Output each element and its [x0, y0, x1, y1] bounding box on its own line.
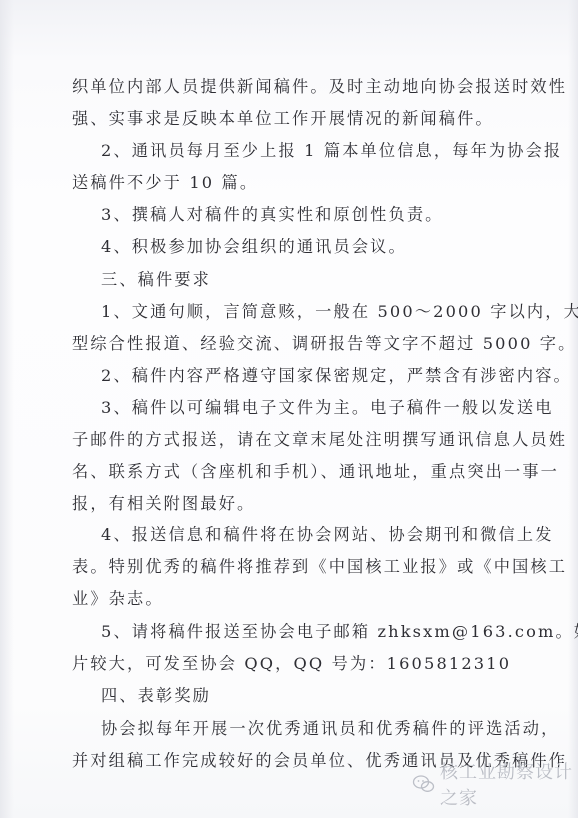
- page-shadow-right: [568, 0, 578, 818]
- text-line: 2、稿件内容严格遵守国家保密规定，严禁含有涉密内容。: [101, 366, 572, 386]
- text-line: 5、请将稿件报送至协会电子邮箱 zhksxm@163.com。如图: [101, 622, 578, 642]
- text-line: 4、积极参加协会组织的通讯员会议。: [101, 237, 407, 257]
- text-line: 3、稿件以可编辑电子文件为主。电子稿件一般以发送电: [101, 398, 554, 418]
- watermark: 核工业勘察设计之家: [412, 772, 578, 796]
- text-line: 报，有相关附图最好。: [72, 494, 255, 514]
- page-shadow-left: [0, 0, 14, 818]
- text-line: 业》杂志。: [72, 589, 164, 609]
- text-line: 四、表彰奖励: [101, 686, 211, 706]
- text-line: 4、报送信息和稿件将在协会网站、协会期刊和微信上发: [101, 525, 554, 545]
- text-line: 型综合性报道、经验交流、调研报告等文字不超过 5000 字。: [72, 334, 577, 354]
- text-line: 名、联系方式（含座机和手机）、通讯地址，重点突出一事一: [72, 462, 559, 482]
- text-line: 送稿件不少于 10 篇。: [72, 173, 258, 193]
- text-line: 3、撰稿人对稿件的真实性和原创性负责。: [101, 205, 444, 225]
- text-line: 织单位内部人员提供新闻稿件。及时主动地向协会报送时效性: [72, 77, 567, 97]
- text-line: 1、文通句顺，言简意赅，一般在 500～2000 字以内，大: [101, 302, 578, 322]
- text-line: 2、通讯员每月至少上报 1 篇本单位信息，每年为协会报: [101, 141, 562, 161]
- text-line: 表。特别优秀的稿件将推荐到《中国核工业报》或《中国核工: [72, 557, 567, 577]
- text-line: 三、稿件要求: [101, 270, 211, 290]
- text-line: 协会拟每年开展一次优秀通讯员和优秀稿件的评选活动，: [101, 719, 559, 739]
- watermark-text: 核工业勘察设计之家: [440, 758, 578, 810]
- text-line: 强、实事求是反映本单位工作开展情况的新闻稿件。: [72, 109, 494, 129]
- text-line: 片较大，可发至协会 QQ，QQ 号为：1605812310: [72, 654, 511, 674]
- text-line: 子邮件的方式报送，请在文章末尾处注明撰写通讯信息人员姓: [72, 430, 567, 450]
- wechat-icon: [412, 774, 436, 794]
